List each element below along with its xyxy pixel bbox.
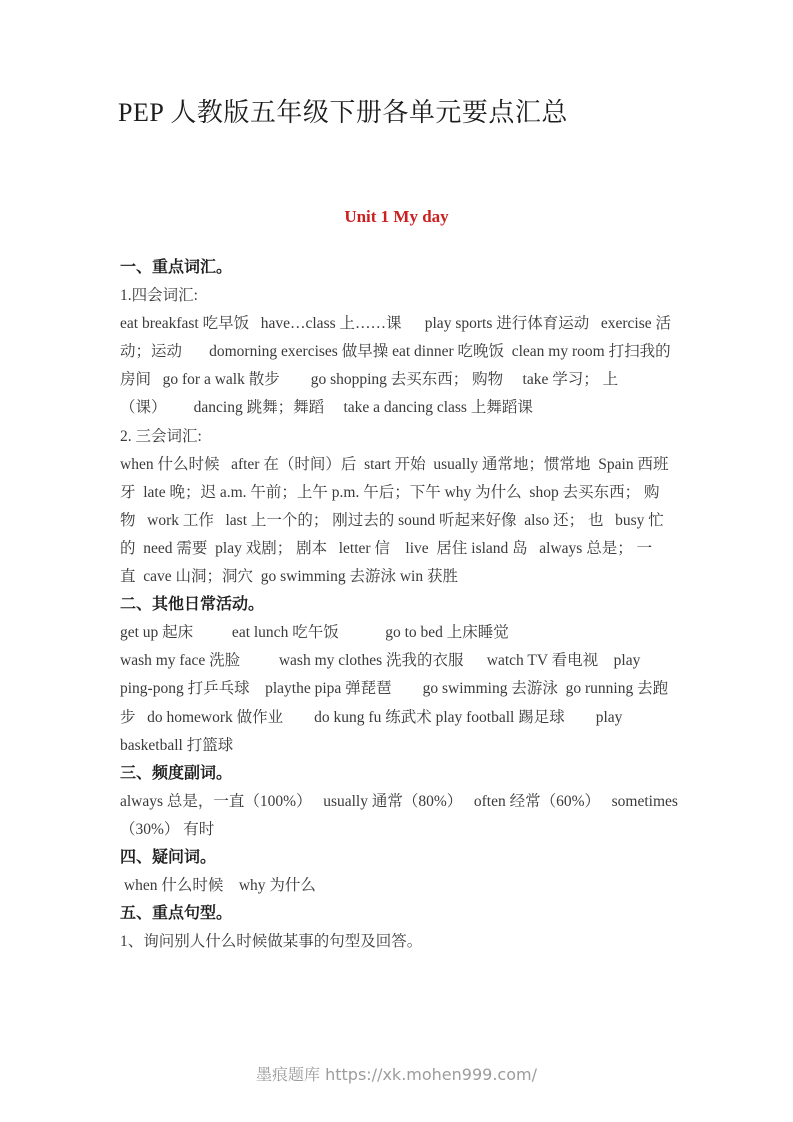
section-heading: 三、频度副词。: [120, 760, 680, 788]
content-line: （30%） 有时: [120, 816, 680, 844]
section-heading: 五、重点句型。: [120, 900, 680, 928]
content-line: ping-pong 打乒乓球 playthe pipa 弹琵琶 go swimm…: [120, 675, 680, 703]
content-line: 房间 go for a walk 散步 go shopping 去买东西； 购物…: [120, 366, 680, 394]
content-line: 动；运动 domorning exercises 做早操 eat dinner …: [120, 338, 680, 366]
content-line: basketball 打篮球: [120, 732, 680, 760]
content-line: get up 起床 eat lunch 吃午饭 go to bed 上床睡觉: [120, 619, 680, 647]
content-line: 2. 三会词汇:: [120, 423, 680, 451]
content-line: 1、询问别人什么时候做某事的句型及回答。: [120, 928, 680, 956]
content-line: when 什么时候 why 为什么: [120, 872, 680, 900]
content-lines: 一、重点词汇。1.四会词汇:eat breakfast 吃早饭 have…cla…: [120, 254, 680, 956]
content-line: （课） dancing 跳舞；舞蹈 take a dancing class 上…: [120, 394, 680, 422]
content-line: 1.四会词汇:: [120, 282, 680, 310]
section-heading: 一、重点词汇。: [120, 254, 680, 282]
content-line: 物 work 工作 last 上一个的； 刚过去的 sound 听起来好像 al…: [120, 507, 680, 535]
section-heading: 四、疑问词。: [120, 844, 680, 872]
content-line: wash my face 洗脸 wash my clothes 洗我的衣服 wa…: [120, 647, 680, 675]
content-line: 的 need 需要 play 戏剧； 剧本 letter 信 live 居住 i…: [120, 535, 680, 563]
document-page: PEP 人教版五年级下册各单元要点汇总 Unit 1 My day 一、重点词汇…: [0, 0, 793, 1122]
content-line: 步 do homework 做作业 do kung fu 练武术 play fo…: [120, 704, 680, 732]
content-line: when 什么时候 after 在（时间）后 start 开始 usually …: [120, 451, 680, 479]
content-line: 直 cave 山洞；洞穴 go swimming 去游泳 win 获胜: [120, 563, 680, 591]
section-heading: 二、其他日常活动。: [120, 591, 680, 619]
content-line: always 总是，一直（100%） usually 通常（80%） often…: [120, 788, 680, 816]
document-title: PEP 人教版五年级下册各单元要点汇总: [118, 92, 568, 129]
content-line: eat breakfast 吃早饭 have…class 上……课 play s…: [120, 310, 680, 338]
watermark-footer: 墨痕题库 https://xk.mohen999.com/: [0, 1062, 793, 1085]
unit-heading: Unit 1 My day: [0, 207, 793, 227]
content-line: 牙 late 晚；迟 a.m. 午前；上午 p.m. 午后；下午 why 为什么…: [120, 479, 680, 507]
